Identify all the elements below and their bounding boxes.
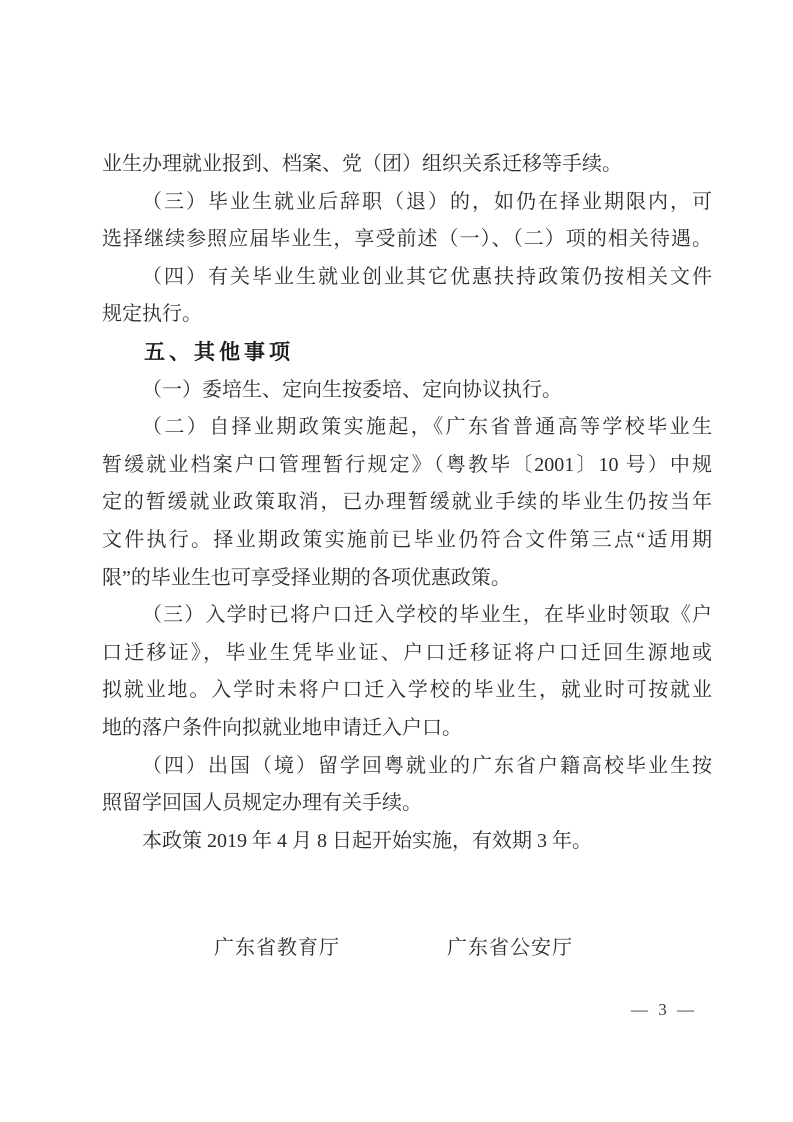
text-line: 业生办理就业报到、档案、党（团）组织关系迁移等手续。 [102,146,712,184]
text-line: 规定执行。 [102,296,712,334]
signature-row: 广东省教育厅 广东省公安厅 [0,931,793,961]
text-line: 文件执行。择业期政策实施前已毕业仍符合文件第三点“适用期 [102,522,712,560]
text-line: 本政策 2019 年 4 月 8 日起开始实施，有效期 3 年。 [102,823,712,861]
text-line: （一）委培生、定向生按委培、定向协议执行。 [102,372,712,410]
signature-public-security-department: 广东省公安厅 [447,931,573,960]
section-heading: 五、其他事项 [102,334,712,372]
signature-education-department: 广东省教育厅 [214,931,340,960]
text-line: （三）毕业生就业后辞职（退）的，如仍在择业期限内，可 [102,184,712,222]
text-line: （三）入学时已将户口迁入学校的毕业生，在毕业时领取《户 [102,597,712,635]
text-line: 口迁移证》，毕业生凭毕业证、户口迁移证将户口迁回生源地或 [102,635,712,673]
text-line: 选择继续参照应届毕业生，享受前述（一）、（二）项的相关待遇。 [102,221,712,259]
text-line: （四）有关毕业生就业创业其它优惠扶持政策仍按相关文件 [102,259,712,297]
text-line: 照留学回国人员规定办理有关手续。 [102,785,712,823]
text-line: （二）自择业期政策实施起，《广东省普通高等学校毕业生 [102,409,712,447]
text-line: 地的落户条件向拟就业地申请迁入户口。 [102,710,712,748]
document-page: 业生办理就业报到、档案、党（团）组织关系迁移等手续。（三）毕业生就业后辞职（退）… [0,0,793,1122]
text-line: 定的暂缓就业政策取消，已办理暂缓就业手续的毕业生仍按当年 [102,484,712,522]
text-line: 暂缓就业档案户口管理暂行规定》（粤教毕〔2001〕10 号）中规 [102,447,712,485]
page-number: — 3 — [631,1000,697,1020]
text-line: 拟就业地。入学时未将户口迁入学校的毕业生，就业时可按就业 [102,672,712,710]
text-body: 业生办理就业报到、档案、党（团）组织关系迁移等手续。（三）毕业生就业后辞职（退）… [102,146,712,860]
text-line: （四）出国（境）留学回粤就业的广东省户籍高校毕业生按 [102,748,712,786]
text-line: 限”的毕业生也可享受择业期的各项优惠政策。 [102,560,712,598]
